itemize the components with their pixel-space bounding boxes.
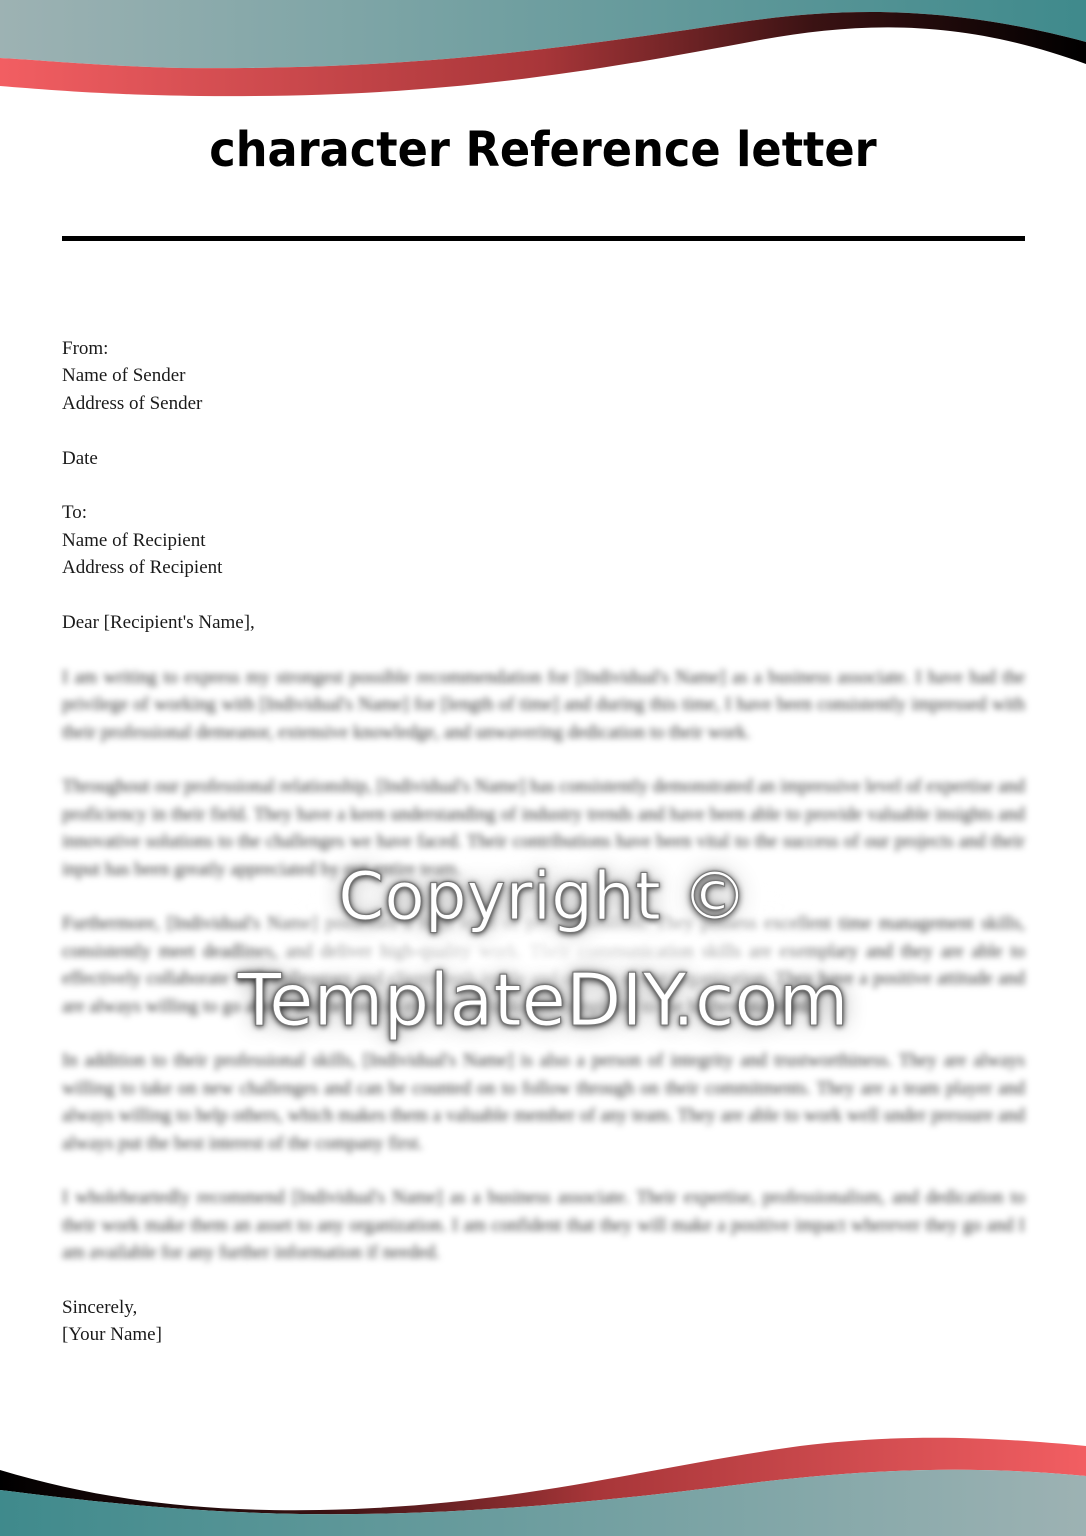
letter-body: From: Name of Sender Address of Sender D… bbox=[62, 335, 1025, 1349]
recipient-address: Address of Recipient bbox=[62, 554, 1025, 581]
to-label: To: bbox=[62, 499, 1025, 526]
header-wave-decoration bbox=[0, 0, 1086, 110]
date-block: Date bbox=[62, 445, 1025, 472]
sender-address: Address of Sender bbox=[62, 390, 1025, 417]
salutation: Dear [Recipient's Name], bbox=[62, 609, 1025, 636]
signature: [Your Name] bbox=[62, 1321, 1025, 1348]
date: Date bbox=[62, 445, 1025, 472]
recipient-block: To: Name of Recipient Address of Recipie… bbox=[62, 499, 1025, 581]
body-paragraph: I wholeheartedly recommend [Individual's… bbox=[62, 1184, 1025, 1266]
recipient-name: Name of Recipient bbox=[62, 527, 1025, 554]
document-title: character Reference letter bbox=[38, 122, 1048, 178]
closing: Sincerely, bbox=[62, 1294, 1025, 1321]
title-divider bbox=[62, 236, 1025, 241]
sender-block: From: Name of Sender Address of Sender bbox=[62, 335, 1025, 417]
from-label: From: bbox=[62, 335, 1025, 362]
watermark-halo bbox=[250, 860, 840, 1040]
body-paragraph: In addition to their professional skills… bbox=[62, 1047, 1025, 1157]
sender-name: Name of Sender bbox=[62, 362, 1025, 389]
closing-block: Sincerely, [Your Name] bbox=[62, 1294, 1025, 1349]
body-paragraph: I am writing to express my strongest pos… bbox=[62, 664, 1025, 746]
footer-wave-decoration bbox=[0, 1420, 1086, 1536]
